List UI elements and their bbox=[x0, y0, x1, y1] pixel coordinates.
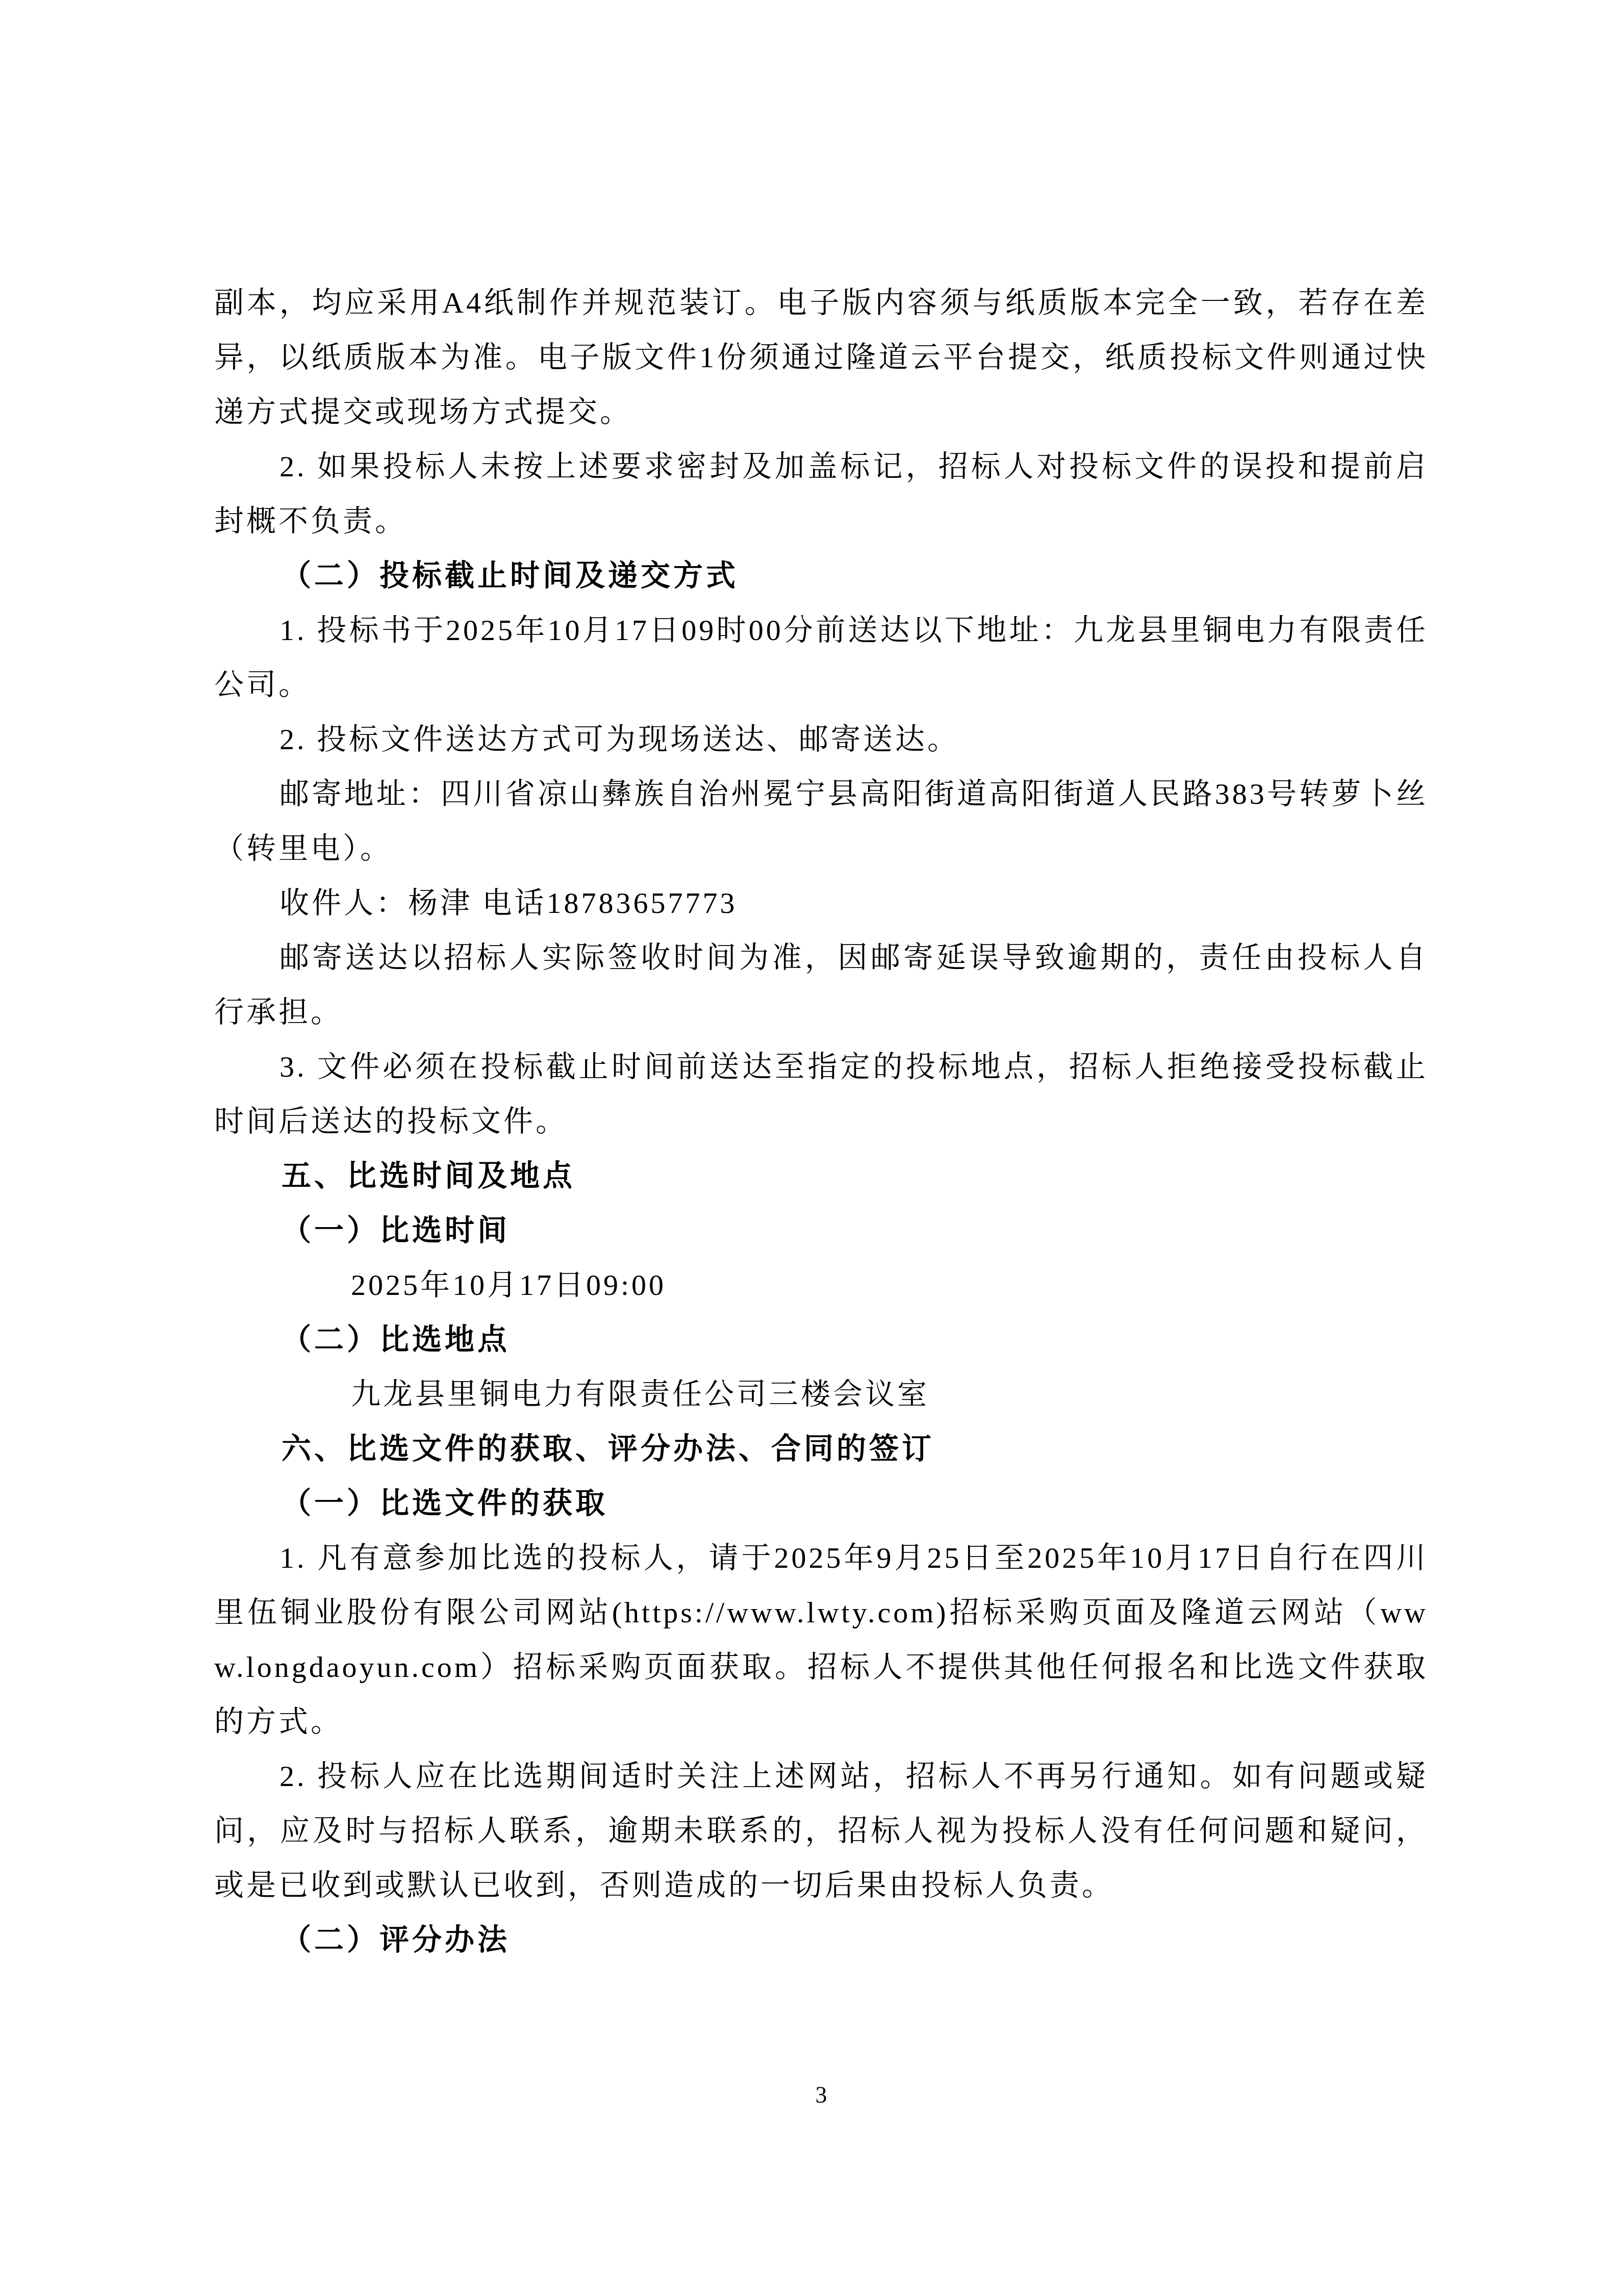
heading-document-acquisition-scoring-contract: 六、比选文件的获取、评分办法、合同的签订 bbox=[214, 1421, 1428, 1476]
heading-scoring-method: （二）评分办法 bbox=[214, 1913, 1428, 1967]
para-binding-and-eversion-requirements: 副本，均应采用A4纸制作并规范装订。电子版内容须与纸质版本完全一致，若存在差异，… bbox=[214, 275, 1428, 439]
heading-bid-deadline-and-delivery: （二）投标截止时间及递交方式 bbox=[214, 548, 1428, 603]
para-delivery-methods: 2. 投标文件送达方式可为现场送达、邮寄送达。 bbox=[214, 712, 1428, 767]
para-comparison-venue: 九龙县里铜电力有限责任公司三楼会议室 bbox=[214, 1367, 1428, 1421]
para-mail-delay-liability: 邮寄送达以招标人实际签收时间为准，因邮寄延误导致逾期的，责任由投标人自行承担。 bbox=[214, 930, 1428, 1039]
para-late-delivery-rejection: 3. 文件必须在投标截止时间前送达至指定的投标地点，招标人拒绝接受投标截止时间后… bbox=[214, 1039, 1428, 1149]
page-number: 3 bbox=[214, 2080, 1428, 2110]
document-page: 副本，均应采用A4纸制作并规范装订。电子版内容须与纸质版本完全一致，若存在差异，… bbox=[0, 0, 1624, 2293]
para-recipient-contact: 收件人：杨津 电话18783657773 bbox=[214, 876, 1428, 930]
para-comparison-datetime: 2025年10月17日09:00 bbox=[214, 1258, 1428, 1312]
para-monitor-websites-responsibility: 2. 投标人应在比选期间适时关注上述网站，招标人不再另行通知。如有问题或疑问，应… bbox=[214, 1749, 1428, 1913]
heading-comparison-time: （一）比选时间 bbox=[214, 1203, 1428, 1258]
para-sealing-marking-disclaimer: 2. 如果投标人未按上述要求密封及加盖标记，招标人对投标文件的误投和提前启封概不… bbox=[214, 439, 1428, 548]
para-bid-deadline-address: 1. 投标书于2025年10月17日09时00分前送达以下地址：九龙县里铜电力有… bbox=[214, 603, 1428, 712]
heading-comparison-place: （二）比选地点 bbox=[214, 1312, 1428, 1367]
para-document-acquisition-websites: 1. 凡有意参加比选的投标人，请于2025年9月25日至2025年10月17日自… bbox=[214, 1531, 1428, 1749]
heading-document-acquisition: （一）比选文件的获取 bbox=[214, 1476, 1428, 1531]
para-mailing-address: 邮寄地址：四川省凉山彝族自治州冕宁县高阳街道高阳街道人民路383号转萝卜丝（转里… bbox=[214, 767, 1428, 876]
document-body: 副本，均应采用A4纸制作并规范装订。电子版内容须与纸质版本完全一致，若存在差异，… bbox=[214, 275, 1428, 1967]
heading-comparison-time-and-place: 五、比选时间及地点 bbox=[214, 1149, 1428, 1203]
